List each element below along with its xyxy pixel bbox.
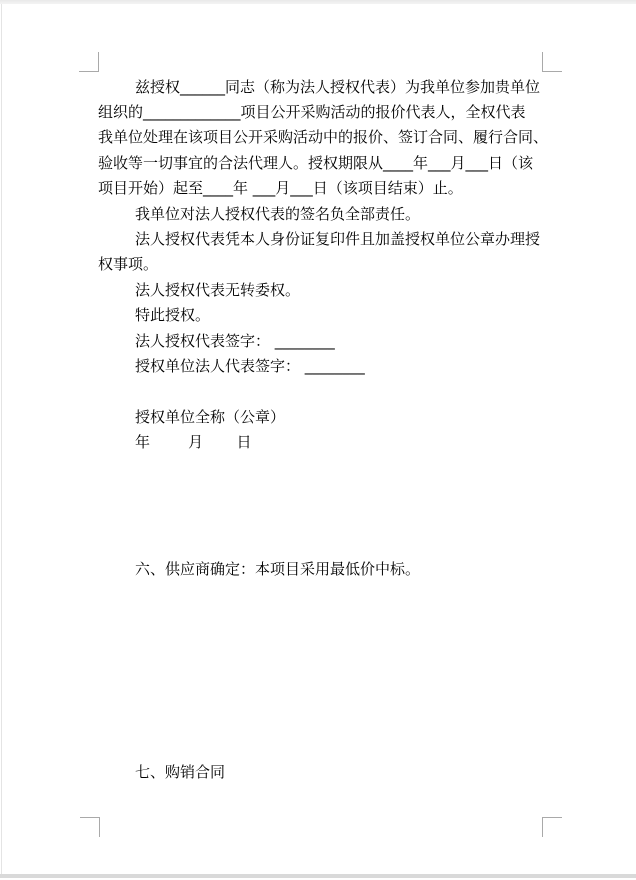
authorization-statement-line-4: 验收等一切事宜的合法代理人。授权期限从____年___月___日（该	[98, 151, 544, 176]
blank-block	[98, 582, 544, 760]
document-body: 兹授权______同志（称为法人授权代表）为我单位参加贵单位 组织的______…	[98, 75, 544, 786]
id-card-seal-clause-line-2: 权事项。	[98, 252, 544, 277]
document-page: 兹授权______同志（称为法人授权代表）为我单位参加贵单位 组织的______…	[0, 0, 636, 880]
unit-name-seal-line: 授权单位全称（公章）	[98, 405, 544, 430]
id-card-seal-clause-line-1: 法人授权代表凭本人身份证复印件且加盖授权单位公章办理授	[98, 227, 544, 252]
authorization-statement-line-5: 项目开始）起至____年 ___月___日（该项目结束）止。	[98, 176, 544, 201]
legal-person-signature-line: 授权单位法人代表签字： ________	[98, 354, 544, 379]
page-edge-bottom	[0, 874, 636, 878]
text-boundary-mark-top-left	[79, 52, 99, 72]
text-boundary-mark-top-right	[542, 52, 562, 72]
section-seven-purchase-contract: 七、购销合同	[98, 760, 544, 785]
blank-block	[98, 455, 544, 557]
authorization-statement-line-2: 组织的_____________项目公开采购活动的报价代表人，全权代表	[98, 100, 544, 125]
signature-responsibility-clause: 我单位对法人授权代表的签名负全部责任。	[98, 202, 544, 227]
date-line: 年 月 日	[98, 430, 544, 455]
text-boundary-mark-bottom-left	[80, 817, 100, 837]
section-six-supplier-determination: 六、供应商确定：本项目采用最低价中标。	[98, 557, 544, 582]
blank-line	[98, 379, 544, 404]
page-edge-left	[1, 4, 2, 874]
representative-signature-line: 法人授权代表签字： ________	[98, 329, 544, 354]
text-boundary-mark-bottom-right	[542, 817, 562, 837]
no-subdelegation-clause: 法人授权代表无转委权。	[98, 278, 544, 303]
authorization-statement-line-3: 我单位处理在该项目公开采购活动中的报价、签订合同、履行合同、	[98, 125, 544, 150]
page-edge-top	[0, 0, 636, 4]
hereby-authorize-clause: 特此授权。	[98, 303, 544, 328]
authorization-statement-line-1: 兹授权______同志（称为法人授权代表）为我单位参加贵单位	[98, 75, 544, 100]
